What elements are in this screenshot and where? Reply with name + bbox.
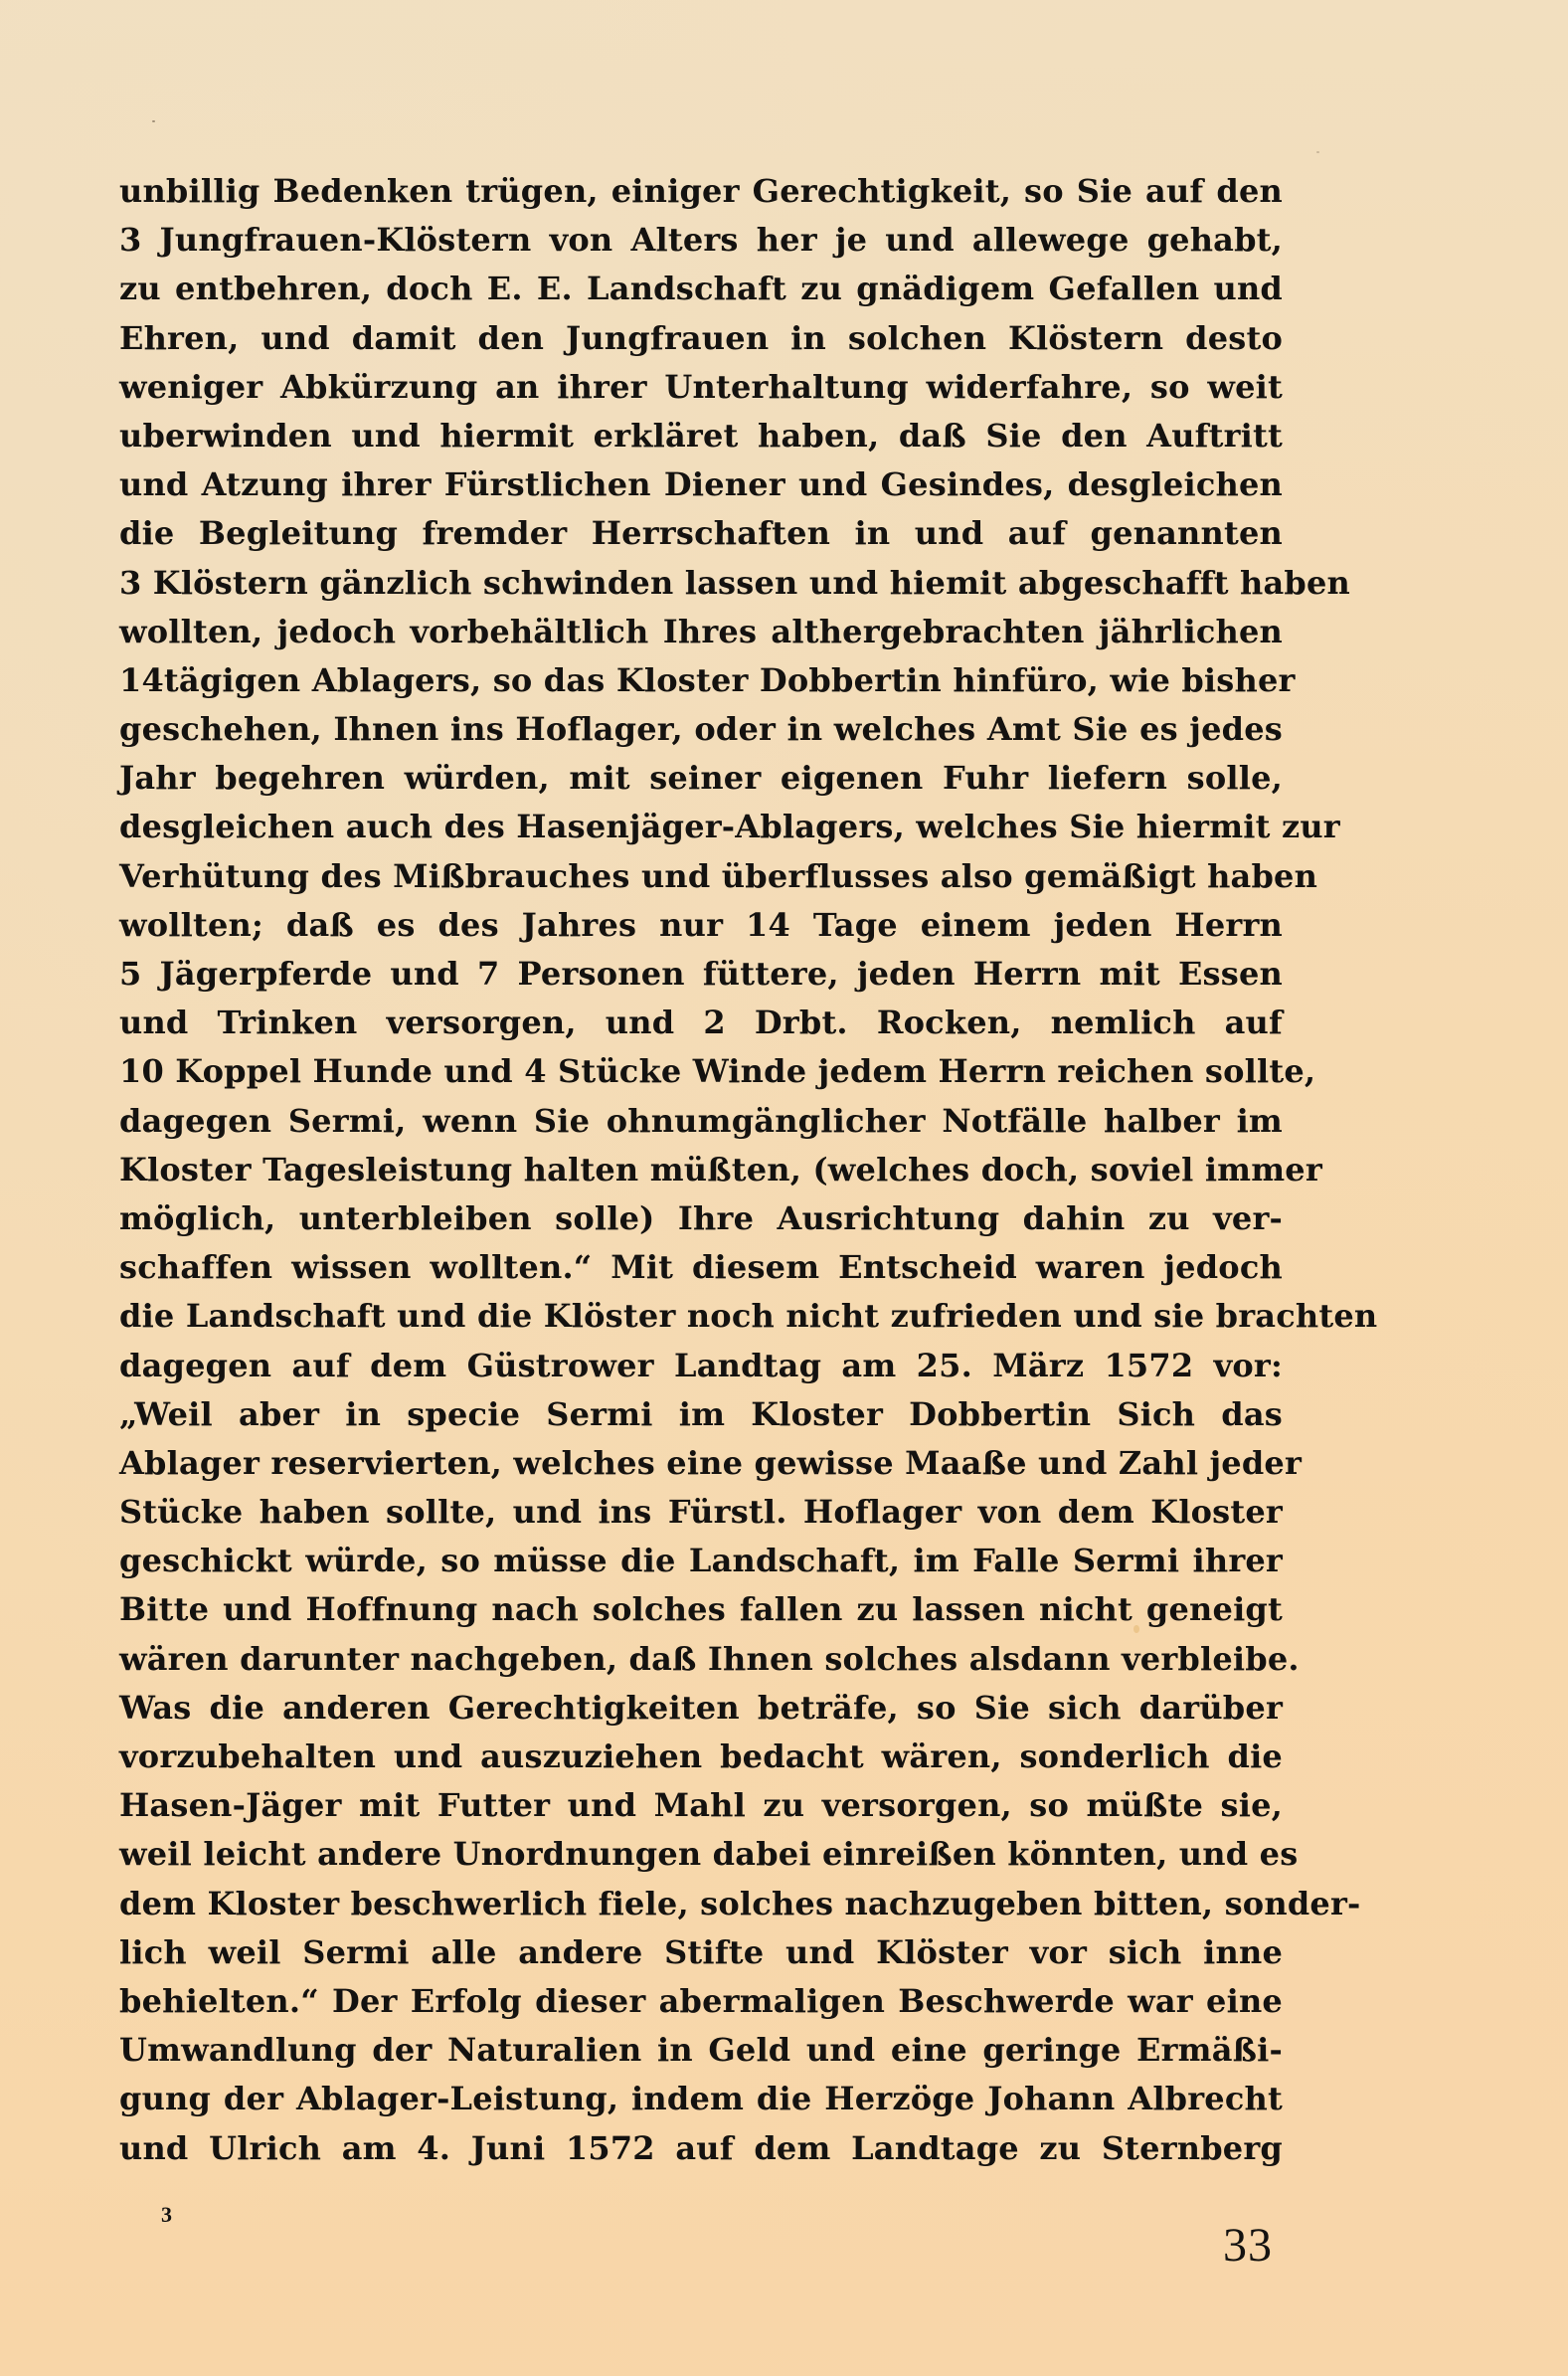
text-line: und Atzung ihrer Fürstlichen Diener und … [119,460,1283,509]
text-line: 5 Jägerpferde und 7 Personen füttere, je… [119,950,1283,999]
text-line: „Weil aber in specie Sermi im Kloster Do… [119,1390,1283,1439]
text-line: wären darunter nachgeben, daß Ihnen solc… [119,1635,1283,1684]
text-line: und Trinken versorgen, und 2 Drbt. Rocke… [119,999,1283,1047]
text-line: geschehen, Ihnen ins Hoflager, oder in w… [119,705,1283,754]
text-line: gung der Ablager-Leistung, indem die Her… [119,2075,1283,2123]
text-line: Stücke haben sollte, und ins Fürstl. Hof… [119,1488,1283,1537]
text-line: lich weil Sermi alle andere Stifte und K… [119,1928,1283,1977]
text-line: vorzubehalten und auszuziehen bedacht wä… [119,1733,1283,1781]
text-line: die Begleitung fremder Herrschaften in u… [119,509,1283,558]
text-line: dem Kloster beschwerlich fiele, solches … [119,1880,1283,1928]
text-line: weil leicht andere Unordnungen dabei ein… [119,1830,1283,1879]
text-line: 3 Klöstern gänzlich schwinden lassen und… [119,559,1283,608]
printer-signature-mark: 3 [161,2204,172,2226]
text-line: die Landschaft und die Klöster noch nich… [119,1292,1283,1341]
text-line: Umwandlung der Naturalien in Geld und ei… [119,2026,1283,2075]
text-line: 14tägigen Ablagers, so das Kloster Dobbe… [119,656,1283,705]
paper-speck [152,120,155,122]
text-line: weniger Abkürzung an ihrer Unterhaltung … [119,363,1283,412]
book-page: unbillig Bedenken trügen, einiger Gerech… [0,0,1568,2376]
text-line: Verhütung des Mißbrauches und überflusse… [119,852,1283,901]
paper-speck [1316,151,1319,153]
text-line: Was die anderen Gerechtigkeiten beträfe,… [119,1684,1283,1733]
text-line: wollten; daß es des Jahres nur 14 Tage e… [119,901,1283,950]
text-line: Kloster Tagesleistung halten müßten, (we… [119,1146,1283,1194]
text-line: wollten, jedoch vorbehältlich Ihres alth… [119,608,1283,656]
text-line: dagegen Sermi, wenn Sie ohnumgänglicher … [119,1097,1283,1146]
text-line: Hasen-Jäger mit Futter und Mahl zu verso… [119,1781,1283,1830]
text-line: schaffen wissen wollten.“ Mit diesem Ent… [119,1243,1283,1292]
text-line: Ablager reservierten, welches eine gewis… [119,1439,1283,1488]
text-line: Bitte und Hoffnung nach solches fallen z… [119,1585,1283,1634]
text-line: dagegen auf dem Güstrower Landtag am 25.… [119,1342,1283,1390]
text-line: behielten.“ Der Erfolg dieser abermalige… [119,1977,1283,2026]
text-line: uberwinden und hiermit erkläret haben, d… [119,412,1283,460]
text-line: Ehren, und damit den Jungfrauen in solch… [119,314,1283,363]
text-line: zu entbehren, doch E. E. Landschaft zu g… [119,265,1283,313]
text-line: Jahr begehren würden, mit seiner eigenen… [119,754,1283,803]
text-line: unbillig Bedenken trügen, einiger Gerech… [119,167,1283,216]
text-line: möglich, unterbleiben solle) Ihre Ausric… [119,1194,1283,1243]
text-line: 10 Koppel Hunde und 4 Stücke Winde jedem… [119,1047,1283,1096]
text-line: und Ulrich am 4. Juni 1572 auf dem Landt… [119,2124,1283,2173]
text-line: 3 Jungfrauen-Klöstern von Alters her je … [119,216,1283,265]
body-text: unbillig Bedenken trügen, einiger Gerech… [119,167,1283,2173]
text-line: desgleichen auch des Hasenjäger-Ablagers… [119,803,1283,851]
page-number: 33 [1223,2222,1273,2270]
text-line: geschickt würde, so müsse die Landschaft… [119,1537,1283,1585]
